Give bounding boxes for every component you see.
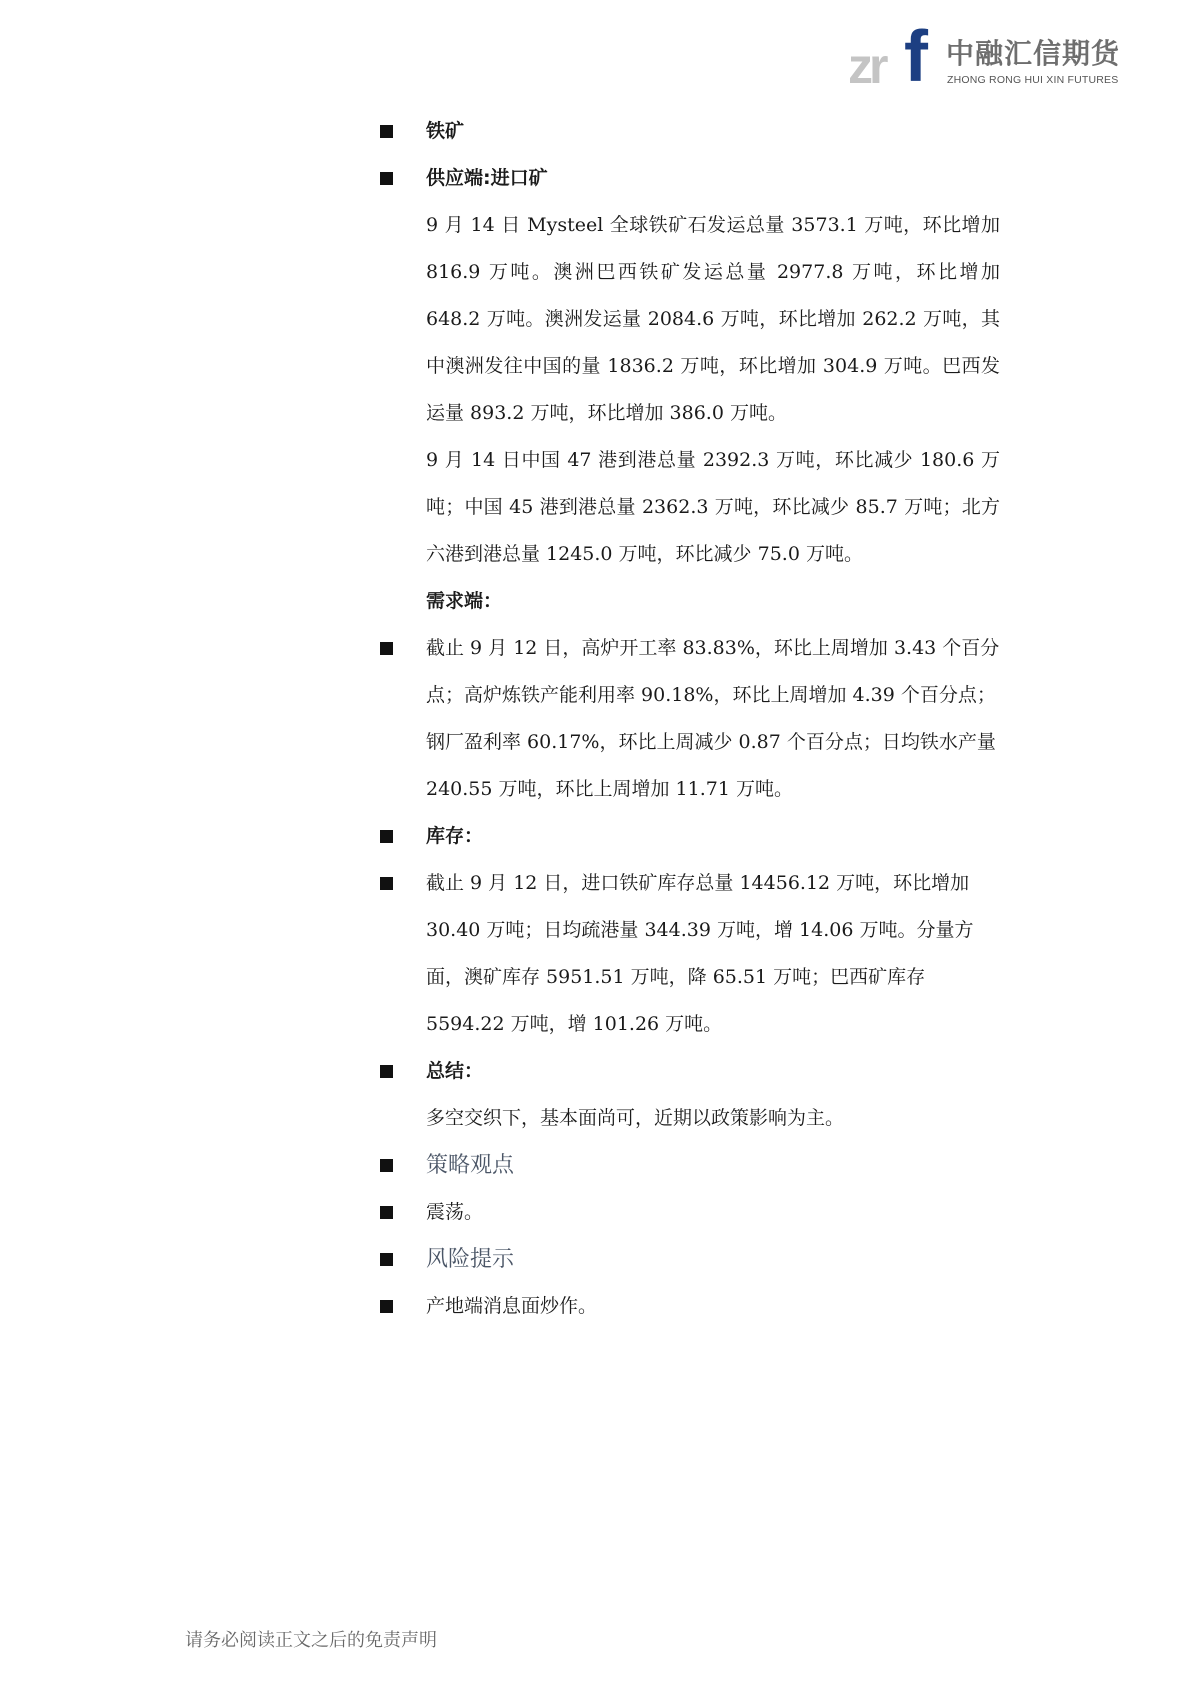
inventory-heading-text: 库存： (426, 825, 483, 847)
inventory-item: 截止 9 月 12 日，进口铁矿库存总量 14456.12 万吨，环比增加 30… (380, 860, 1000, 1048)
supply-paragraph-arrivals: 9 月 14 日中国 47 港到港总量 2392.3 万吨，环比减少 180.6… (380, 437, 1000, 578)
square-bullet-icon (380, 172, 393, 185)
risk-item: 产地端消息面炒作。 (380, 1283, 1000, 1330)
demand-paragraph: 截止 9 月 12 日，高炉开工率 83.83%，环比上周增加 3.43 个百分… (426, 637, 999, 800)
square-bullet-icon (380, 1159, 393, 1172)
demand-item: 截止 9 月 12 日，高炉开工率 83.83%，环比上周增加 3.43 个百分… (380, 625, 1000, 813)
square-bullet-icon (380, 1065, 393, 1078)
inventory-paragraph: 截止 9 月 12 日，进口铁矿库存总量 14456.12 万吨，环比增加 30… (426, 872, 973, 1035)
square-bullet-icon (380, 877, 393, 890)
square-bullet-icon (380, 1206, 393, 1219)
supply-heading: 供应端:进口矿 (380, 155, 1000, 202)
summary-heading: 总结： (380, 1048, 1000, 1095)
logo-company-name-en: ZHONG RONG HUI XIN FUTURES (947, 74, 1118, 86)
demand-heading: 需求端： (380, 578, 1000, 625)
square-bullet-icon (380, 125, 393, 138)
risk-text: 产地端消息面炒作。 (426, 1295, 597, 1317)
logo-mark-f: f (904, 26, 928, 88)
risk-heading-text: 风险提示 (426, 1247, 514, 1272)
inventory-heading: 库存： (380, 813, 1000, 860)
supply-paragraph-shipments: 9 月 14 日 Mysteel 全球铁矿石发运总量 3573.1 万吨，环比增… (380, 202, 1000, 437)
section-title: 铁矿 (380, 108, 1000, 155)
square-bullet-icon (380, 1253, 393, 1266)
logo-mark-zr: zr (848, 44, 884, 88)
strategy-heading: 策略观点 (380, 1142, 1000, 1189)
strategy-item: 震荡。 (380, 1189, 1000, 1236)
square-bullet-icon (380, 830, 393, 843)
section-title-text: 铁矿 (426, 120, 464, 142)
company-logo: zr f 中融汇信期货 ZHONG RONG HUI XIN FUTURES (848, 26, 1128, 90)
summary-paragraph: 多空交织下，基本面尚可，近期以政策影响为主。 (380, 1095, 1000, 1142)
summary-heading-text: 总结： (426, 1060, 483, 1082)
strategy-text: 震荡。 (426, 1201, 483, 1223)
supply-heading-text: 供应端:进口矿 (426, 167, 548, 189)
square-bullet-icon (380, 642, 393, 655)
footer-disclaimer: 请务必阅读正文之后的免责声明 (185, 1626, 437, 1652)
risk-heading: 风险提示 (380, 1236, 1000, 1283)
square-bullet-icon (380, 1300, 393, 1313)
strategy-heading-text: 策略观点 (426, 1153, 514, 1178)
logo-company-name-cn: 中融汇信期货 (946, 38, 1120, 70)
report-body: 铁矿 供应端:进口矿 9 月 14 日 Mysteel 全球铁矿石发运总量 35… (380, 108, 1000, 1330)
